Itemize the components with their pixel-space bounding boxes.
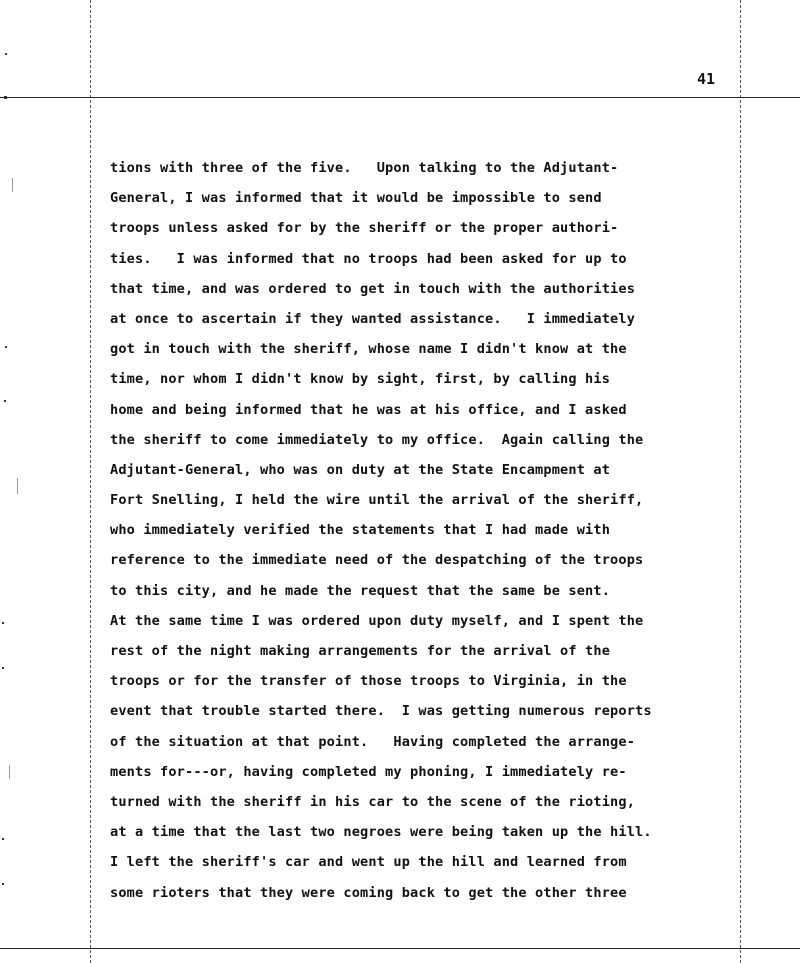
bottom-rule	[0, 948, 800, 949]
scan-speck	[5, 53, 7, 55]
text-line: some rioters that they were coming back …	[110, 883, 750, 913]
text-line: to this city, and he made the request th…	[110, 581, 750, 611]
page-number: 41	[697, 70, 715, 88]
text-line: got in touch with the sheriff, whose nam…	[110, 339, 750, 369]
text-line: ments for---or, having completed my phon…	[110, 762, 750, 792]
text-line: reference to the immediate need of the d…	[110, 550, 750, 580]
text-line: General, I was informed that it would be…	[110, 188, 750, 218]
scan-speck	[5, 346, 7, 348]
text-line: home and being informed that he was at h…	[110, 400, 750, 430]
scan-speck	[2, 667, 4, 669]
top-rule	[0, 97, 800, 98]
text-line: At the same time I was ordered upon duty…	[110, 611, 750, 641]
scan-speck	[17, 478, 18, 494]
text-line: at a time that the last two negroes were…	[110, 822, 750, 852]
scan-speck	[9, 765, 10, 779]
text-line: tions with three of the five. Upon talki…	[110, 158, 750, 188]
scan-speck	[2, 883, 4, 885]
text-line: event that trouble started there. I was …	[110, 701, 750, 731]
left-margin-line	[90, 0, 91, 963]
scan-speck	[4, 96, 7, 99]
text-line: at once to ascertain if they wanted assi…	[110, 309, 750, 339]
scan-speck	[12, 178, 13, 192]
text-line: rest of the night making arrangements fo…	[110, 641, 750, 671]
text-line: troops or for the transfer of those troo…	[110, 671, 750, 701]
body-text: tions with three of the five. Upon talki…	[110, 158, 750, 913]
text-line: time, nor whom I didn't know by sight, f…	[110, 369, 750, 399]
text-line: I left the sheriff's car and went up the…	[110, 852, 750, 882]
scan-speck	[2, 622, 4, 624]
text-line: troops unless asked for by the sheriff o…	[110, 218, 750, 248]
text-line: ties. I was informed that no troops had …	[110, 249, 750, 279]
text-line: turned with the sheriff in his car to th…	[110, 792, 750, 822]
scan-speck	[4, 400, 6, 402]
text-line: Adjutant-General, who was on duty at the…	[110, 460, 750, 490]
text-line: the sheriff to come immediately to my of…	[110, 430, 750, 460]
text-line: of the situation at that point. Having c…	[110, 732, 750, 762]
text-line: who immediately verified the statements …	[110, 520, 750, 550]
text-line: that time, and was ordered to get in tou…	[110, 279, 750, 309]
scan-speck	[2, 838, 4, 840]
text-line: Fort Snelling, I held the wire until the…	[110, 490, 750, 520]
